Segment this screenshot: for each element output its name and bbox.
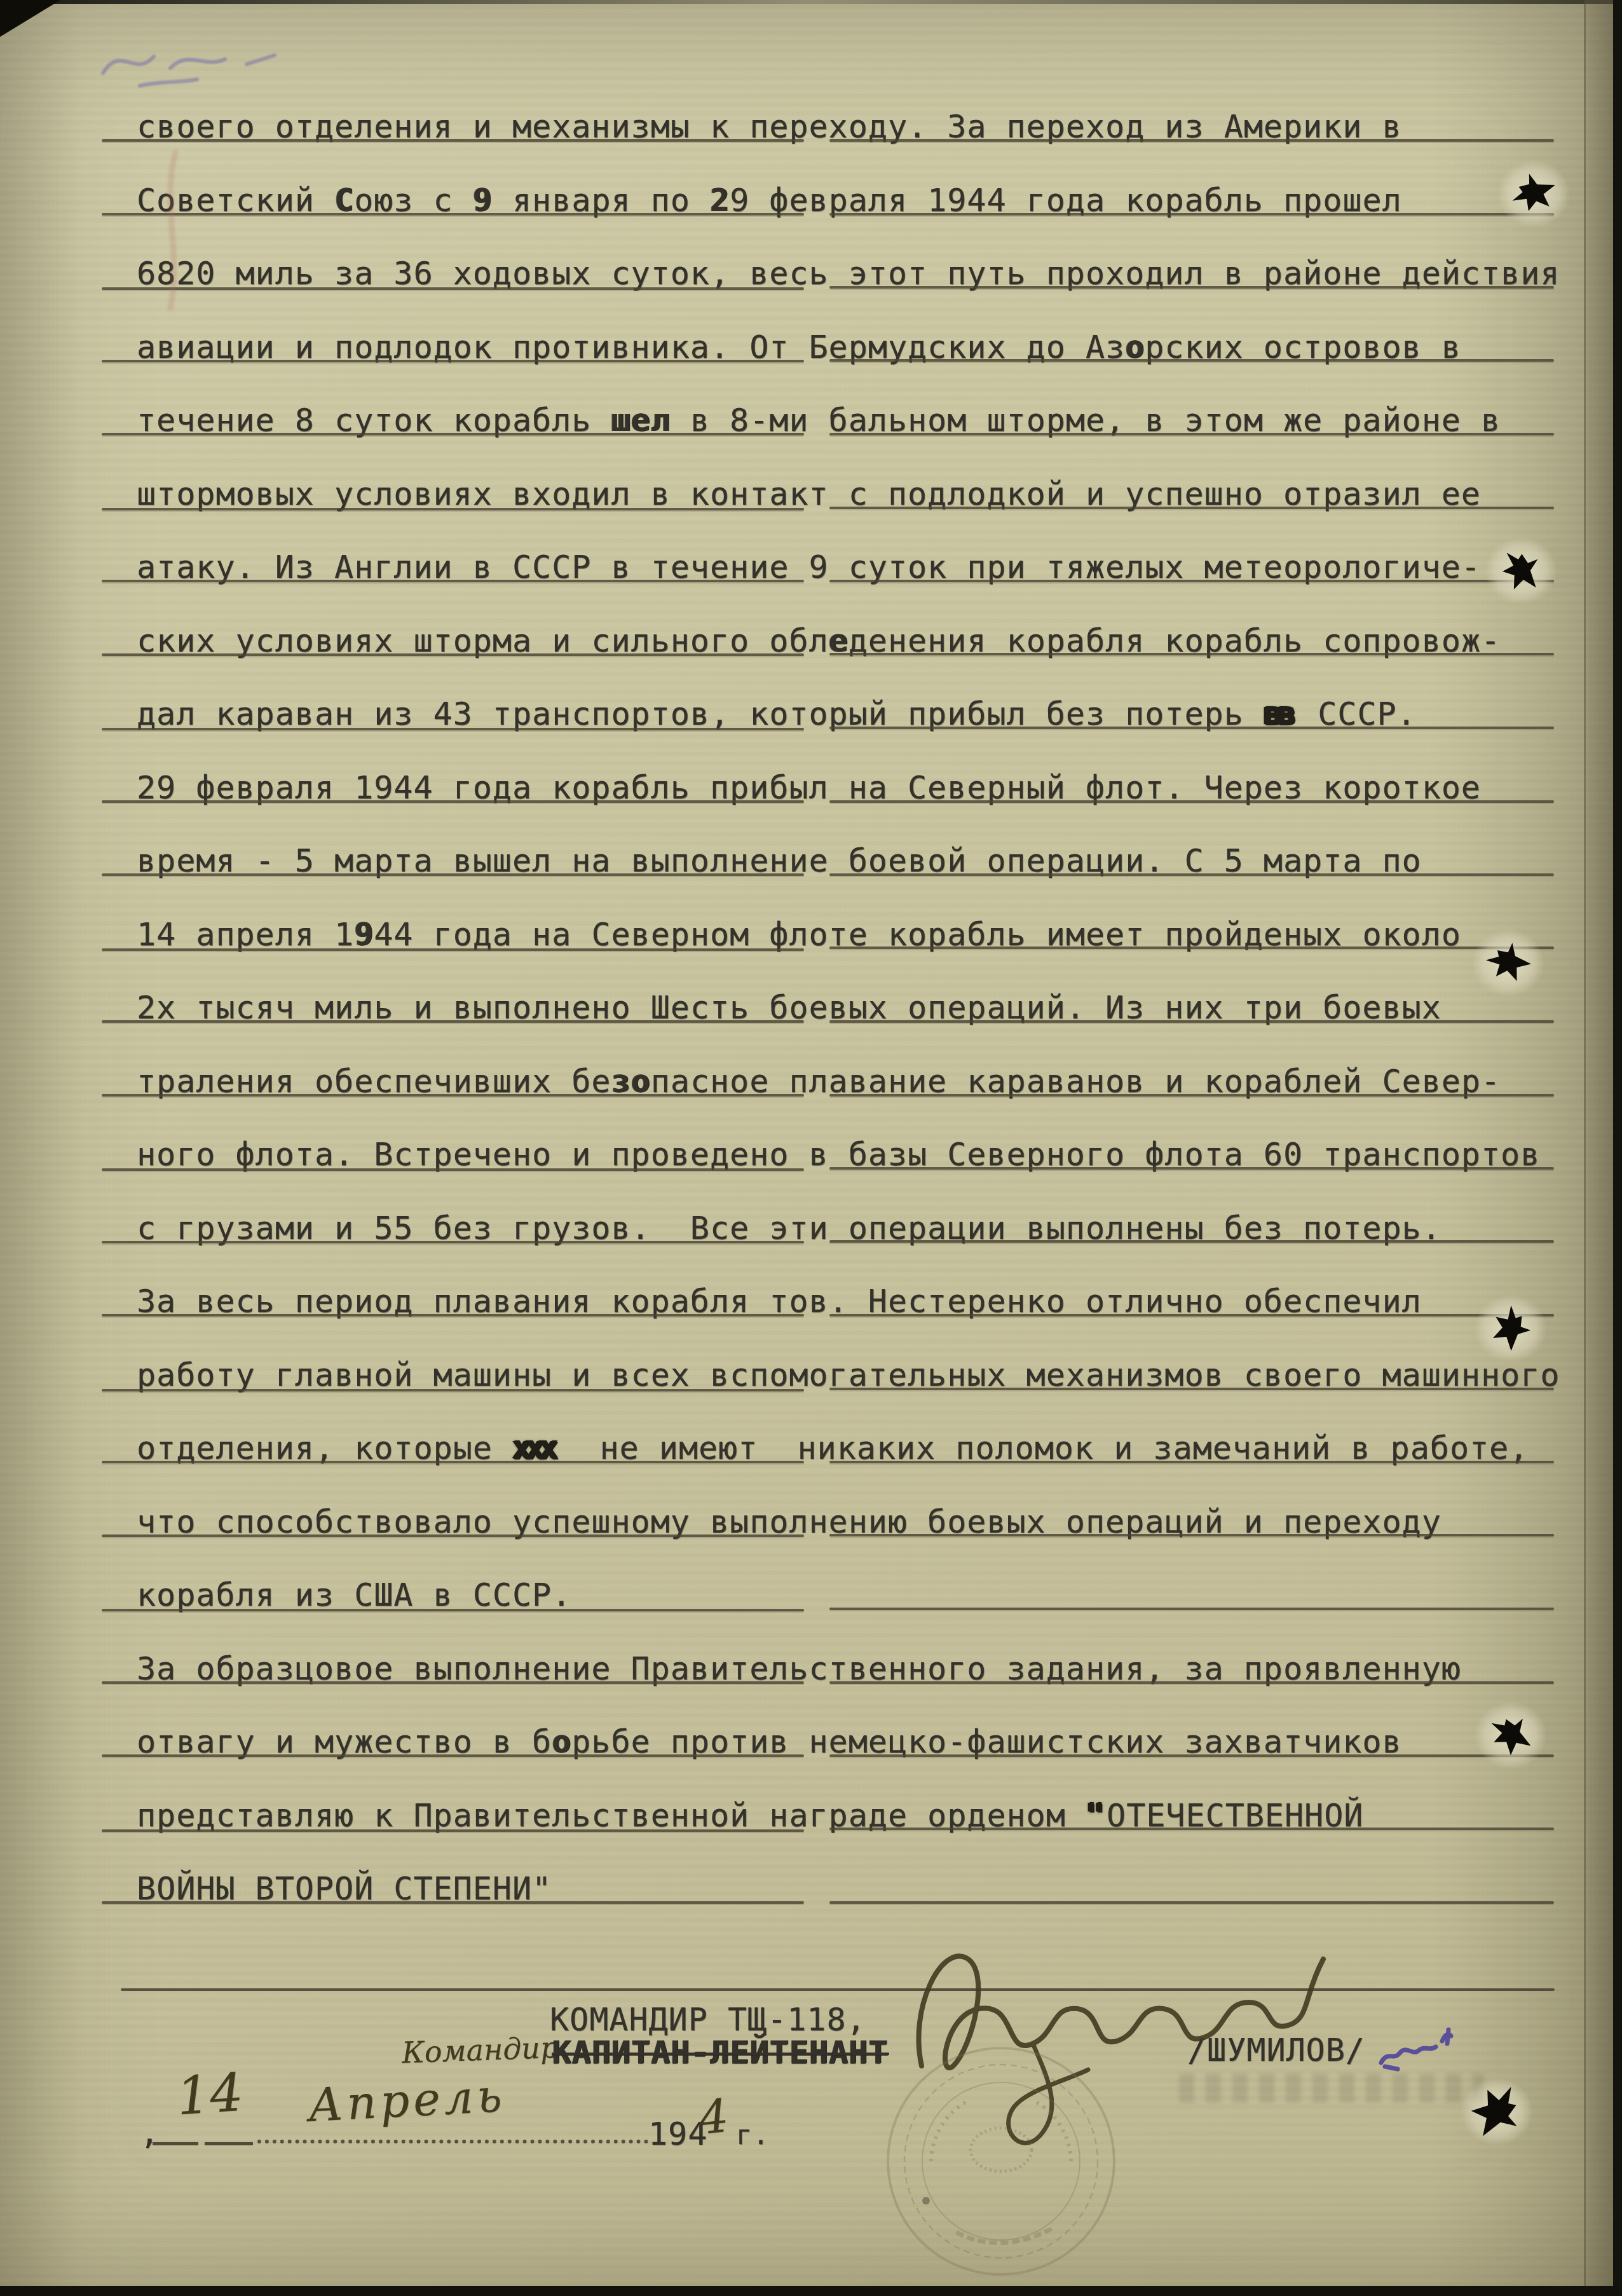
day-handwritten: 14	[175, 2062, 245, 2127]
typed-line-2: Советский Союз с 9 января по 29 февраля …	[102, 182, 1557, 256]
typed-line-22: За образцовое выполнение Правительственн…	[102, 1650, 1557, 1724]
pencil-scribble	[95, 29, 311, 105]
rank-typed-struck: КАПИТАН-ЛЕЙТЕНАНТ	[552, 2034, 888, 2071]
punch-hole	[1499, 162, 1569, 226]
punch-hole	[1486, 539, 1556, 603]
typed-line-9: дал караван из 43 транспортов, который п…	[102, 695, 1557, 769]
typed-line-1: своего отделения и механизмы к переходу.…	[102, 108, 1557, 182]
typed-line-11: время - 5 марта вышел на выполнение боев…	[102, 842, 1557, 916]
scan-edge-bottom	[0, 2286, 1622, 2296]
commander-unit-line: КОМАНДИР ТЩ-118,	[550, 2001, 866, 2038]
scan-edge-right	[1613, 0, 1622, 2296]
typed-line-23: отвагу и мужество в борьбе против немецк…	[102, 1723, 1557, 1797]
paper-right-edge	[1586, 0, 1613, 2296]
typed-line-13: 2х тысяч миль и выполнено Шесть боевых о…	[102, 989, 1557, 1063]
typed-line-19: отделения, которые ххх не имеют никаких …	[102, 1430, 1557, 1503]
typed-line-5: течение 8 суток корабль шел в 8-ми бальн…	[102, 402, 1557, 475]
typed-line-18: работу главной машины и всех вспомогател…	[102, 1356, 1557, 1430]
era-suffix-typed: г.	[736, 2119, 770, 2150]
punch-hole	[1473, 931, 1543, 995]
typed-line-8: ских условиях шторма и сильного обледене…	[102, 622, 1557, 696]
date-underline-dash	[153, 2142, 198, 2145]
date-underline-dash	[205, 2142, 253, 2145]
typed-line-16: с грузами и 55 без грузов. Все эти опера…	[102, 1210, 1557, 1283]
date-dotted-rule	[257, 2123, 648, 2143]
typed-line-24: представляю к Правительственной награде …	[102, 1797, 1557, 1871]
round-ink-stamp	[880, 2042, 1128, 2296]
year-typed: 194	[648, 2115, 707, 2152]
punch-hole	[1462, 2080, 1532, 2143]
print-ghost-smudge	[1179, 2074, 1484, 2103]
typed-line-15: ного флота. Встречено и проведено в базы…	[102, 1136, 1557, 1210]
typed-line-3: 6820 миль за 36 ходовых суток, весь этот…	[102, 255, 1557, 329]
typed-line-20: что способствовало успешному выполнению …	[102, 1503, 1557, 1577]
punch-hole	[1476, 1704, 1546, 1767]
typed-line-4: авиации и подлодок противника. От Бермуд…	[102, 329, 1557, 402]
red-smudge	[133, 146, 216, 318]
typed-line-17: За весь период плавания корабля тов. Нес…	[102, 1283, 1557, 1356]
typed-body: своего отделения и механизмы к переходу.…	[0, 0, 1622, 1971]
typed-line-6: штормовых условиях входил в контакт с по…	[102, 475, 1557, 549]
typed-line-12: 14 апреля 1944 года на Северном флоте ко…	[102, 916, 1557, 990]
typed-line-10: 29 февраля 1944 года корабль прибыл на С…	[102, 769, 1557, 843]
rank-handwritten: Командир	[401, 2030, 559, 2070]
scanned-document-page: своего отделения и механизмы к переходу.…	[0, 0, 1622, 2296]
typed-line-14: траления обеспечивших безопасное плавани…	[102, 1063, 1557, 1137]
typed-line-21: корабля из США в СССР.	[102, 1576, 1557, 1650]
punch-hole	[1476, 1297, 1546, 1360]
scan-edge-top	[0, 0, 1622, 4]
typed-line-7: атаку. Из Англии в СССР в течение 9 суто…	[102, 549, 1557, 622]
year-digit-handwritten: 4	[697, 2089, 731, 2145]
leading-comma: ,	[140, 2114, 160, 2151]
